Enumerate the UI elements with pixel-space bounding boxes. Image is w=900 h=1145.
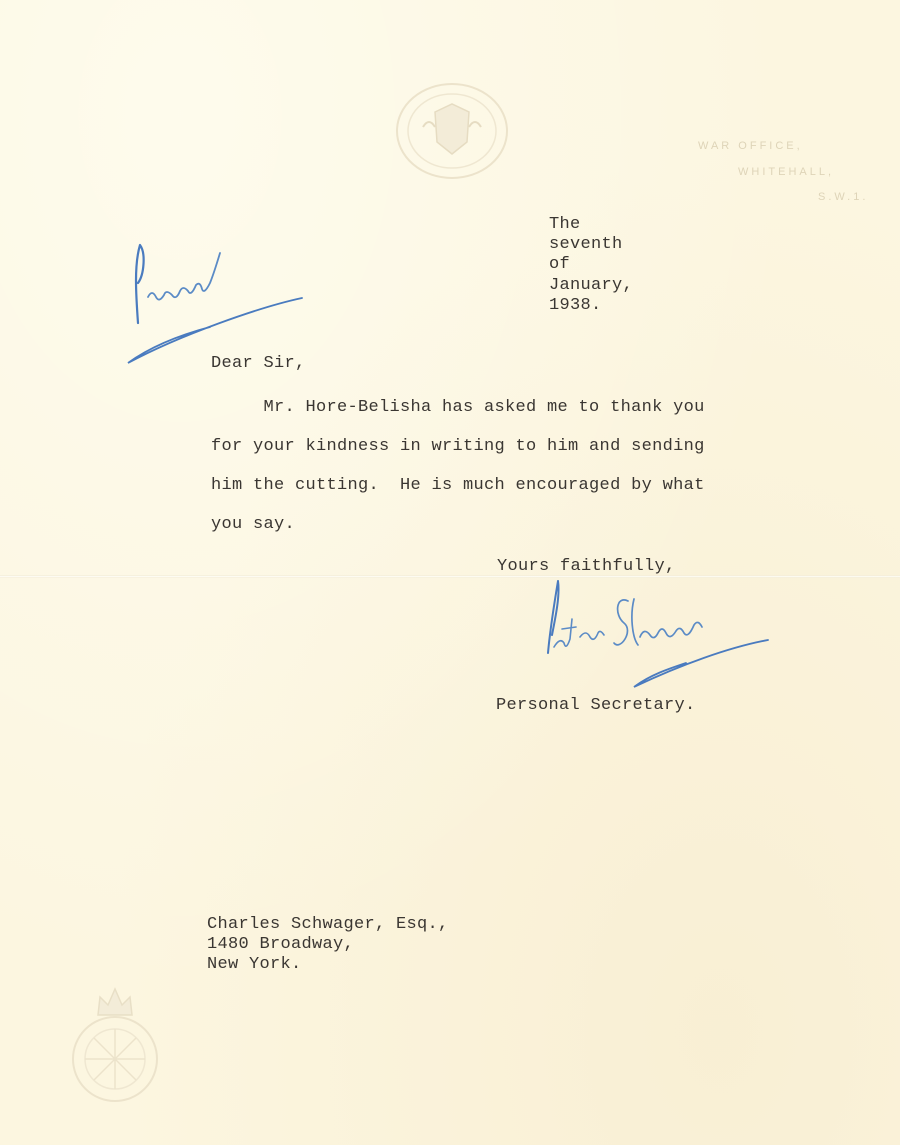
closing: Yours faithfully, [497, 557, 676, 577]
date-line: of [549, 255, 570, 275]
letterhead-line: WHITEHALL, [738, 166, 834, 178]
date-line: The [549, 215, 581, 235]
crown-emblem-emboss-icon [68, 975, 163, 1105]
body-line: for your kindness in writing to him and … [211, 437, 705, 457]
signatory-title: Personal Secretary. [496, 696, 696, 716]
recipient-line: 1480 Broadway, [207, 935, 354, 955]
recipient-line: Charles Schwager, Esq., [207, 915, 449, 935]
date-line: seventh [549, 235, 623, 255]
coat-of-arms-emboss-icon [395, 82, 510, 180]
letterhead-line: S.W.1. [818, 191, 868, 203]
date-line: 1938. [549, 296, 602, 316]
body-line: him the cutting. He is much encouraged b… [211, 476, 705, 496]
recipient-line: New York. [207, 955, 302, 975]
body-line: Mr. Hore-Belisha has asked me to thank y… [211, 398, 705, 418]
salutation: Dear Sir, [211, 354, 306, 374]
date-line: January, [549, 276, 633, 296]
letterhead-line: WAR OFFICE, [698, 140, 803, 152]
handwritten-signature [540, 575, 775, 695]
body-line: you say. [211, 515, 295, 535]
handwritten-personal-annotation [120, 235, 320, 370]
